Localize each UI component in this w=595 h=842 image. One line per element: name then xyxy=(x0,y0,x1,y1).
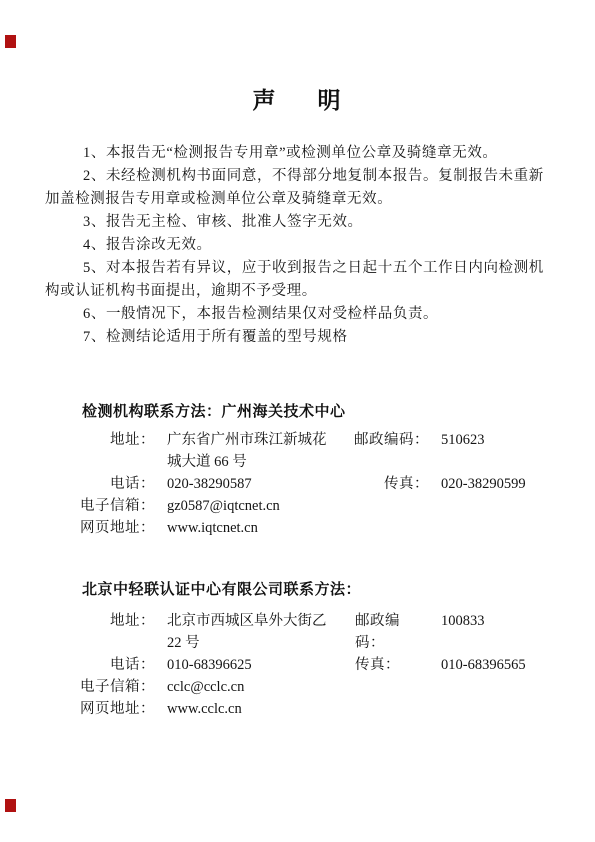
cert-phone-value: 010-68396625 xyxy=(167,654,335,676)
lab-postcode-label: 邮政编码： xyxy=(347,429,429,451)
cert-postcode-label: 邮政编码： xyxy=(347,610,429,654)
lab-contact-heading: 检测机构联系方法：广州海关技术中心 xyxy=(45,401,550,423)
lab-address-value: 广东省广州市珠江新城花城大道 66 号 xyxy=(167,429,335,473)
statement-item-3: 3、报告无主检、审核、批准人签字无效。 xyxy=(45,211,550,234)
page-title-char-1: 声 xyxy=(253,88,278,112)
page-title-char-2: 明 xyxy=(318,88,343,112)
lab-address-label: 地址： xyxy=(45,429,155,451)
statement-item-4: 4、报告涂改无效。 xyxy=(45,234,550,257)
cert-contact-heading: 北京中轻联认证中心有限公司联系方法： xyxy=(45,579,550,601)
lab-fax-value: 020-38290599 xyxy=(441,473,550,495)
lab-fax-label: 传真： xyxy=(347,473,429,495)
statement-item-1: 1、本报告无“检测报告专用章”或检测单位公章及骑缝章无效。 xyxy=(45,142,550,165)
cert-phone-label: 电话： xyxy=(45,654,155,676)
statement-list: 1、本报告无“检测报告专用章”或检测单位公章及骑缝章无效。 2、未经检测机构书面… xyxy=(45,142,550,349)
cert-contact-section: 北京中轻联认证中心有限公司联系方法： 地址： 北京市西城区阜外大街乙 22 号 … xyxy=(45,579,550,720)
cert-address-value: 北京市西城区阜外大街乙 22 号 xyxy=(167,610,335,654)
lab-contact-section: 检测机构联系方法：广州海关技术中心 地址： 广东省广州市珠江新城花城大道 66 … xyxy=(45,401,550,539)
statement-item-7: 7、检测结论适用于所有覆盖的型号规格 xyxy=(45,326,550,349)
lab-email-label: 电子信箱： xyxy=(45,495,155,517)
lab-web-label: 网页地址： xyxy=(45,517,155,539)
cert-email-value: cclc@cclc.cn xyxy=(167,676,335,698)
lab-phone-label: 电话： xyxy=(45,473,155,495)
lab-phone-value: 020-38290587 xyxy=(167,473,335,495)
statement-item-2: 2、未经检测机构书面同意，不得部分地复制本报告。复制报告未重新加盖检测报告专用章… xyxy=(45,165,550,211)
scan-mark-bottom xyxy=(5,799,16,812)
cert-contact-grid: 地址： 北京市西城区阜外大街乙 22 号 邮政编码： 100833 电话： 01… xyxy=(45,610,550,720)
cert-postcode-value: 100833 xyxy=(441,610,550,632)
statement-item-5: 5、对本报告若有异议，应于收到报告之日起十五个工作日内向检测机构或认证机构书面提… xyxy=(45,257,550,303)
scan-mark-top xyxy=(5,35,16,48)
lab-contact-grid: 地址： 广东省广州市珠江新城花城大道 66 号 邮政编码： 510623 电话：… xyxy=(45,429,550,539)
cert-web-value: www.cclc.cn xyxy=(167,698,335,720)
page-title: 声 明 xyxy=(0,88,595,112)
lab-web-value: www.iqtcnet.cn xyxy=(167,517,335,539)
cert-email-label: 电子信箱： xyxy=(45,676,155,698)
lab-email-value: gz0587@iqtcnet.cn xyxy=(167,495,335,517)
cert-fax-value: 010-68396565 xyxy=(441,654,550,676)
cert-fax-label: 传真： xyxy=(347,654,429,676)
cert-address-label: 地址： xyxy=(45,610,155,632)
statement-page: 声 明 1、本报告无“检测报告专用章”或检测单位公章及骑缝章无效。 2、未经检测… xyxy=(0,0,595,842)
lab-postcode-value: 510623 xyxy=(441,429,550,451)
statement-item-6: 6、一般情况下，本报告检测结果仅对受检样品负责。 xyxy=(45,303,550,326)
cert-web-label: 网页地址： xyxy=(45,698,155,720)
